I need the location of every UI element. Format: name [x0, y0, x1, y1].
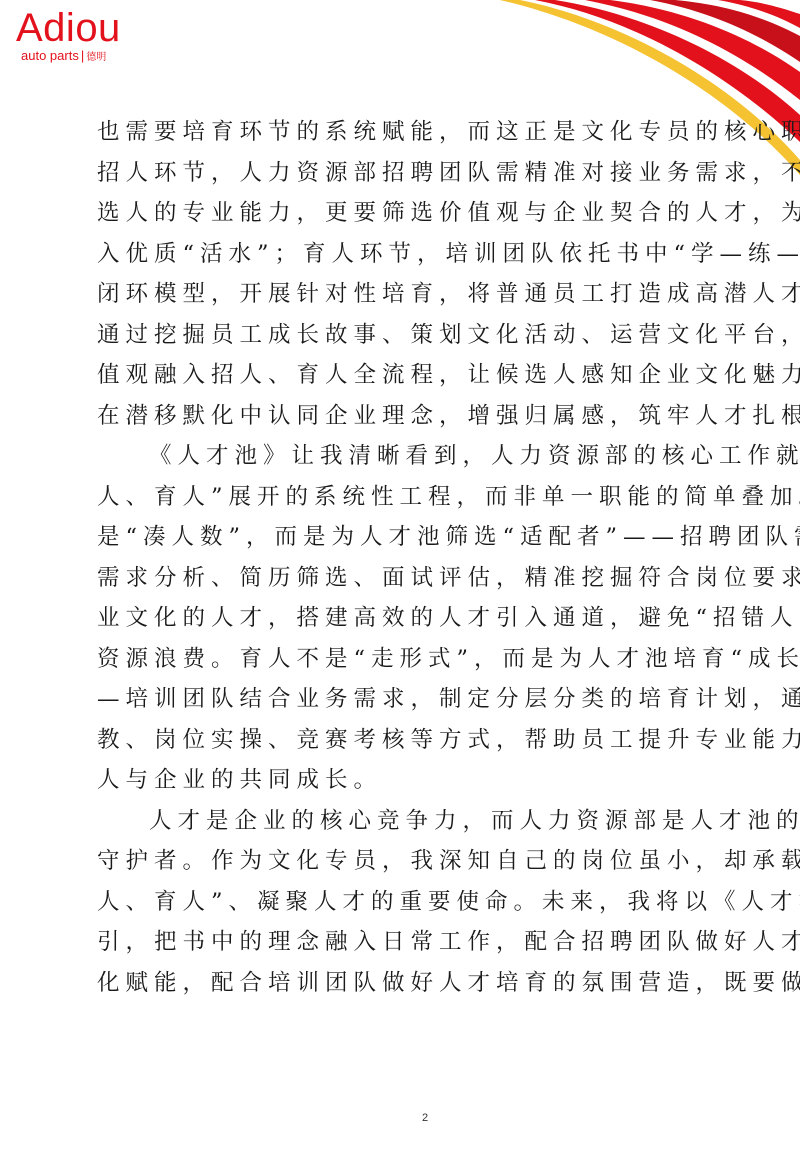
- text-line: 选人的专业能力，更要筛选价值观与企业契合的人才，为人才池注: [97, 193, 787, 234]
- logo-separator: |: [81, 48, 84, 63]
- text-line: 引，把书中的理念融入日常工作，配合招聘团队做好人才筛选的文: [97, 922, 787, 963]
- text-line: 也需要培育环节的系统赋能，而这正是文化专员的核心职责所在。: [97, 112, 787, 153]
- text-line: 化赋能，配合培训团队做好人才培育的氛围营造，既要做好文化传: [97, 963, 787, 1004]
- text-line: 是“凑人数”，而是为人才池筛选“适配者”——招聘团队需做好: [97, 517, 787, 558]
- paragraph-start-line: 《人才池》让我清晰看到，人力资源部的核心工作就是围绕“招: [97, 436, 787, 477]
- logo-tagline: auto parts: [21, 48, 79, 63]
- logo-tagline-row: auto parts|德明: [21, 49, 121, 65]
- text-line: 人、育人”、凝聚人才的重要使命。未来，我将以《人才池》为指: [97, 882, 787, 923]
- text-line: 人与企业的共同成长。: [97, 760, 787, 801]
- text-line: 守护者。作为文化专员，我深知自己的岗位虽小，却承载着串联“招: [97, 841, 787, 882]
- text-line: 业文化的人才，搭建高效的人才引入通道，避免“招错人”造成的: [97, 598, 787, 639]
- document-body: 也需要培育环节的系统赋能，而这正是文化专员的核心职责所在。 招人环节，人力资源部…: [97, 112, 787, 1003]
- text-line: 值观融入招人、育人全流程，让候选人感知企业文化魅力，让员工: [97, 355, 787, 396]
- text-line: 在潜移默化中认同企业理念，增强归属感，筑牢人才扎根的根基。: [97, 396, 787, 437]
- text-line: 入优质“活水”；育人环节，培训团队依托书中“学—练—考—赛”: [97, 234, 787, 275]
- text-line: 招人环节，人力资源部招聘团队需精准对接业务需求，不仅考察候: [97, 153, 787, 194]
- text-line: 通过挖掘员工成长故事、策划文化活动、运营文化平台，将企业价: [97, 315, 787, 356]
- paragraph-start-line: 人才是企业的核心竞争力，而人力资源部是人才池的搭建者与: [97, 801, 787, 842]
- text-line: —培训团队结合业务需求，制定分层分类的培育计划，通过师徒带: [97, 679, 787, 720]
- text-line: 教、岗位实操、竞赛考核等方式，帮助员工提升专业能力，实现个: [97, 720, 787, 761]
- text-line: 人、育人”展开的系统性工程，而非单一职能的简单叠加。招人不: [97, 477, 787, 518]
- page-number: 2: [0, 1112, 800, 1124]
- logo-chinese-name: 德明: [86, 52, 106, 63]
- text-line: 资源浪费。育人不是“走形式”，而是为人才池培育“成长者”—: [97, 639, 787, 680]
- logo-brand: Adiou: [16, 8, 121, 48]
- text-line: 需求分析、简历筛选、面试评估，精准挖掘符合岗位要求、契合企: [97, 558, 787, 599]
- text-line: 闭环模型，开展针对性培育，将普通员工打造成高潜人才。而我则: [97, 274, 787, 315]
- company-logo: Adiou auto parts|德明: [16, 8, 121, 65]
